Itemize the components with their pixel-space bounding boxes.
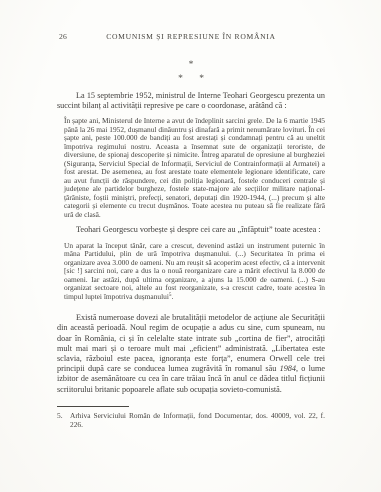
paragraph-intro: La 15 septembrie 1952, ministrul de Inte… xyxy=(57,91,325,111)
footnote-5: 5. Arhiva Serviciului Român de Informați… xyxy=(57,412,325,430)
paragraph-commentary: Există numeroase dovezi ale brutalității… xyxy=(57,313,325,395)
asterisk-row: * * xyxy=(57,75,325,83)
quote-2-tail: . xyxy=(172,292,174,301)
asterisk-left: * xyxy=(178,75,183,83)
book-page: 26 COMUNISM ȘI REPRESIUNE ÎN ROMÂNIA * *… xyxy=(0,0,381,492)
section-break-asterism: * * * xyxy=(57,61,325,83)
footnote-rule xyxy=(57,406,129,407)
asterisk-right: * xyxy=(199,75,204,83)
asterisk-top: * xyxy=(57,61,325,69)
footnote-text: Arhiva Serviciului Român de Informații, … xyxy=(70,412,325,430)
book-title-1984: 1984 xyxy=(280,364,296,373)
quote-2-text: Un aparat la început tânăr, care a cresc… xyxy=(64,241,325,301)
footnote-area: 5. Arhiva Serviciului Român de Informați… xyxy=(57,406,325,430)
blockquote-georgescu-report: În șapte ani, Ministerul de Interne a av… xyxy=(64,117,325,219)
page-number: 26 xyxy=(59,32,67,41)
running-title: COMUNISM ȘI REPRESIUNE ÎN ROMÂNIA xyxy=(106,32,276,41)
paragraph-transition: Teohari Georgescu vorbește și despre cei… xyxy=(57,225,325,235)
page-header: 26 COMUNISM ȘI REPRESIUNE ÎN ROMÂNIA xyxy=(57,32,325,41)
footnote-number: 5. xyxy=(57,412,70,430)
blockquote-georgescu-apparatus: Un aparat la început tânăr, care a cresc… xyxy=(64,242,325,302)
